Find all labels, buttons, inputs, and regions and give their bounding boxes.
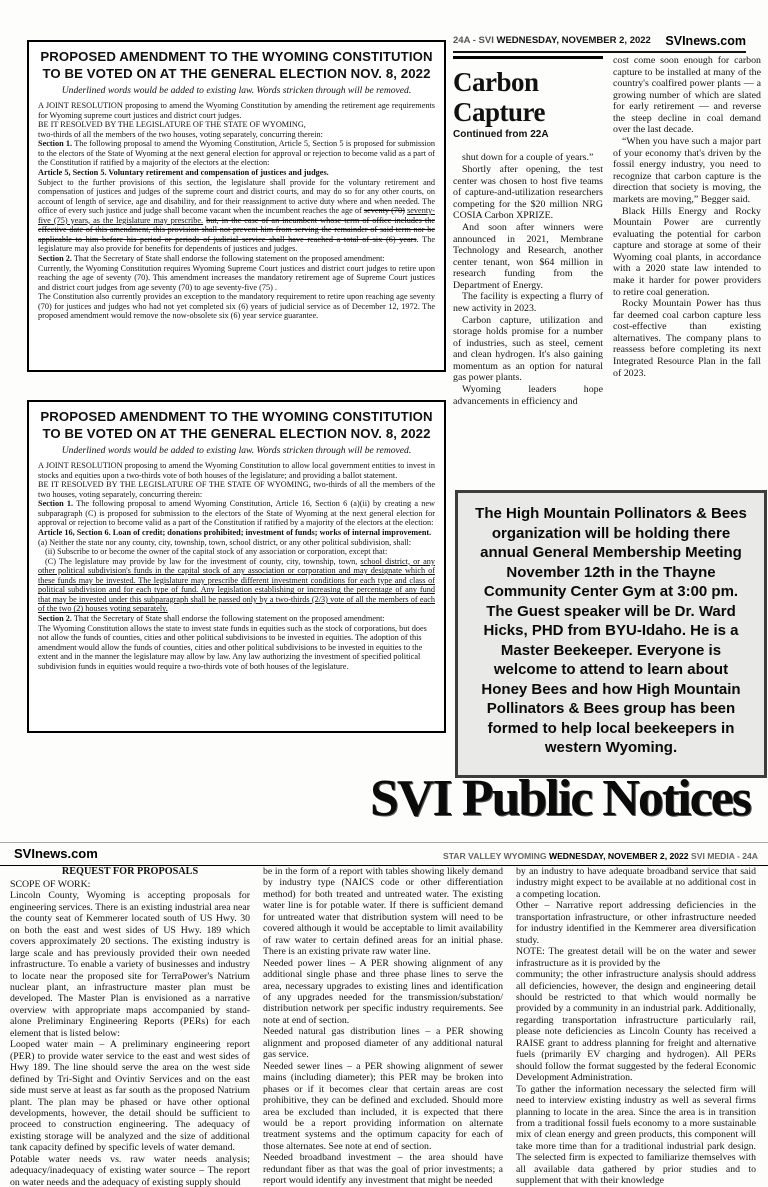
amendment-1-subtitle: Underlined words would be added to exist…	[38, 85, 435, 96]
top-page-date: 24A - SVI WEDNESDAY, NOVEMBER 2, 2022	[453, 30, 651, 48]
paragraph: two-thirds of all the members of the two…	[38, 130, 435, 140]
paragraph: Currently, the Wyoming Constitution requ…	[38, 264, 435, 293]
rfp-scope-label: SCOPE OF WORK:	[10, 879, 250, 890]
paragraph: Section 1. The following proposal to ame…	[38, 139, 435, 168]
bees-meeting-notice: The High Mountain Pollinators & Bees org…	[455, 490, 767, 778]
paragraph: NOTE: The greatest detail will be on the…	[516, 946, 756, 969]
article-text: shut down for a couple of years.”Shortly…	[453, 152, 603, 407]
paragraph: The facility is expecting a flurry of ne…	[453, 291, 603, 314]
paragraph: cost come soon enough for carbon capture…	[613, 55, 761, 136]
carbon-article-column-2: cost come soon enough for carbon capture…	[613, 55, 761, 379]
amendment-notice-2: PROPOSED AMENDMENT TO THE WYOMING CONSTI…	[27, 400, 446, 733]
paragraph: Rocky Mountain Power has thus far deemed…	[613, 298, 761, 379]
bees-notice-text: The High Mountain Pollinators & Bees org…	[475, 505, 747, 756]
media-page-label: SVI MEDIA - 24A	[689, 851, 758, 861]
paragraph: A JOINT RESOLUTION proposing to amend th…	[38, 101, 435, 120]
amendment-2-title: PROPOSED AMENDMENT TO THE WYOMING CONSTI…	[38, 409, 435, 442]
paragraph: Looped water main – A preliminary engine…	[10, 1039, 250, 1154]
paragraph: Lincoln County, Wyoming is accepting pro…	[10, 890, 250, 1039]
request-for-proposals-section: REQUEST FOR PROPOSALS SCOPE OF WORK: Lin…	[10, 866, 758, 1187]
location-label: STAR VALLEY WYOMING	[443, 851, 549, 861]
paragraph: A JOINT RESOLUTION proposing to amend th…	[38, 461, 435, 480]
paragraph: Shortly after opening, the test center w…	[453, 164, 603, 222]
newspaper-page: 24A - SVI WEDNESDAY, NOVEMBER 2, 2022 SV…	[0, 0, 768, 1187]
rfp-column-2: be in the form of a report with tables s…	[263, 866, 503, 1187]
public-notices-banner-title: SVI Public Notices	[0, 772, 768, 827]
site-url: SVInews.com	[14, 846, 98, 861]
paragraph: Other – Narrative report addressing defi…	[516, 900, 756, 946]
paragraph: shut down for a couple of years.”	[453, 152, 603, 164]
paragraph: by an industry to have adequate broadban…	[516, 866, 756, 900]
paragraph: Needed natural gas distribution lines – …	[263, 1026, 503, 1060]
page-number-label: 24A - SVI	[453, 35, 496, 46]
paragraph: BE IT RESOLVED BY THE LEGISLATURE OF THE…	[38, 480, 435, 499]
paragraph: (a) Neither the state nor any county, ci…	[38, 538, 435, 548]
paragraph: Section 2. That the Secretary of State s…	[38, 614, 435, 624]
article-top-rule	[453, 56, 603, 59]
paragraph: The Constitution also currently provides…	[38, 292, 435, 321]
section-dateline: STAR VALLEY WYOMING WEDNESDAY, NOVEMBER …	[443, 851, 758, 861]
amendment-1-title: PROPOSED AMENDMENT TO THE WYOMING CONSTI…	[38, 49, 435, 82]
paragraph: Carbon capture, utilization and storage …	[453, 315, 603, 384]
paragraph: (C) The legislature may provide by law f…	[38, 557, 435, 614]
paragraph: Section 2. That the Secretary of State s…	[38, 254, 435, 264]
paragraph: Subject to the further provisions of thi…	[38, 178, 435, 255]
paragraph: The Wyoming Constitution allows the stat…	[38, 624, 435, 672]
amendment-2-subtitle: Underlined words would be added to exist…	[38, 445, 435, 456]
top-header-bar: 24A - SVI WEDNESDAY, NOVEMBER 2, 2022 SV…	[453, 30, 746, 53]
issue-date: WEDNESDAY, NOVEMBER 2, 2022	[549, 851, 689, 861]
rfp-column-1: REQUEST FOR PROPOSALS SCOPE OF WORK: Lin…	[10, 866, 250, 1187]
paragraph: community; the other infrastructure anal…	[516, 969, 756, 1084]
paragraph: And soon after winners were announced in…	[453, 222, 603, 291]
rfp-text: Lincoln County, Wyoming is accepting pro…	[10, 890, 250, 1187]
paragraph: be in the form of a report with tables s…	[263, 866, 503, 958]
paragraph: “When you have such a major part of your…	[613, 136, 761, 205]
paragraph: Black Hills Energy and Rocky Mountain Po…	[613, 206, 761, 299]
paragraph: Article 16, Section 6. Loan of credit; d…	[38, 528, 435, 538]
section-header-bar: SVInews.com STAR VALLEY WYOMING WEDNESDA…	[0, 842, 768, 866]
paragraph: BE IT RESOLVED BY THE LEGISLATURE OF THE…	[38, 120, 435, 130]
article-headline: Carbon Capture	[453, 67, 603, 127]
rfp-heading: REQUEST FOR PROPOSALS	[10, 866, 250, 878]
amendment-notice-1: PROPOSED AMENDMENT TO THE WYOMING CONSTI…	[27, 40, 446, 372]
paragraph: (ii) Subscribe to or become the owner of…	[38, 547, 435, 557]
rfp-text: be in the form of a report with tables s…	[263, 866, 503, 1187]
rfp-column-3: by an industry to have adequate broadban…	[516, 866, 756, 1187]
paragraph: Section 1. The following proposal to ame…	[38, 499, 435, 528]
article-text: cost come soon enough for carbon capture…	[613, 55, 761, 379]
rfp-text: by an industry to have adequate broadban…	[516, 866, 756, 1187]
site-url: SVInews.com	[665, 34, 746, 48]
amendment-2-body: A JOINT RESOLUTION proposing to amend th…	[38, 461, 435, 671]
paragraph: Needed sewer lines – a PER showing align…	[263, 1061, 503, 1153]
amendment-1-body: A JOINT RESOLUTION proposing to amend th…	[38, 101, 435, 321]
issue-date: WEDNESDAY, NOVEMBER 2, 2022	[496, 35, 650, 46]
paragraph: Potable water needs vs. raw water needs …	[10, 1154, 250, 1187]
continued-from-label: Continued from 22A	[453, 129, 603, 140]
paragraph: To gather the information necessary the …	[516, 1084, 756, 1187]
carbon-article-column-1: Carbon Capture Continued from 22A shut d…	[453, 56, 603, 407]
paragraph: Wyoming leaders hope advancements in eff…	[453, 384, 603, 407]
paragraph: Article 5, Section 5. Voluntary retireme…	[38, 168, 435, 178]
paragraph: Needed power lines – A PER showing align…	[263, 958, 503, 1027]
paragraph: Needed broadband investment – the area s…	[263, 1152, 503, 1186]
